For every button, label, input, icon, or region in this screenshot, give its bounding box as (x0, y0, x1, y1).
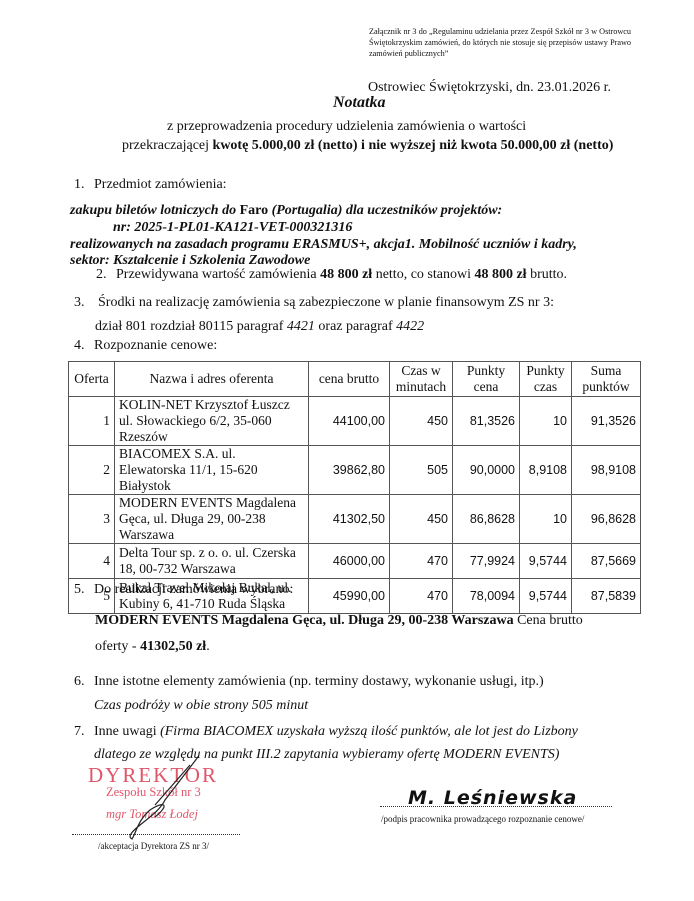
section-5-heading: 5.Do realizacji zamówienia wybrano: (74, 582, 293, 598)
cell-time: 505 (390, 446, 453, 495)
project-number: nr: 2025-1-PL01-KA121-VET-000321316 (113, 220, 352, 236)
section-7-heading: 7.Inne uwagi (Firma BIACOMEX uzyskała wy… (74, 724, 578, 740)
cell-time-points: 8,9108 (520, 446, 572, 495)
value-netto: 48 800 zł (320, 267, 372, 282)
section-label: Środki na realizację zamówienia są zabez… (98, 295, 554, 310)
section-number: 3. (74, 295, 98, 311)
col-header-price: cena brutto (309, 362, 390, 397)
cell-price-points: 81,3526 (453, 397, 520, 446)
cell-name: BIACOMEX S.A. ul. Elewatorska 11/1, 15-6… (115, 446, 309, 495)
director-signature-line (72, 834, 240, 835)
employee-caption: /podpis pracownika prowadzącego rozpozna… (381, 814, 584, 824)
cell-time-points: 10 (520, 397, 572, 446)
cell-price-points: 90,0000 (453, 446, 520, 495)
paragraph-2: 4422 (396, 319, 424, 334)
cell-total: 98,9108 (572, 446, 641, 495)
col-header-name: Nazwa i adres oferenta (115, 362, 309, 397)
cell-time-points: 10 (520, 495, 572, 544)
section-label: Inne uwagi (94, 724, 160, 739)
travel-time-note: Czas podróży w obie strony 505 minut (94, 698, 308, 714)
section-4-heading: 4.Rozpoznanie cenowe: (74, 338, 217, 354)
section-label: Przedmiot zamówienia: (94, 177, 227, 192)
cell-total: 91,3526 (572, 397, 641, 446)
section-number: 5. (74, 582, 94, 598)
section-label: Inne istotne elementy zamówienia (np. te… (94, 674, 544, 689)
text: netto, co stanowi (372, 267, 474, 282)
section-number: 2. (96, 267, 116, 283)
text: Przewidywana wartość zamówienia (116, 267, 320, 282)
offers-table: Oferta Nazwa i adres oferenta cena brutt… (68, 361, 641, 614)
cell-oferta: 4 (69, 544, 115, 579)
offer-label: oferty - (95, 639, 140, 654)
text: oraz paragraf (315, 319, 396, 334)
cell-name: Delta Tour sp. z o. o. ul. Czerska 18, 0… (115, 544, 309, 579)
cell-price: 45990,00 (309, 579, 390, 614)
subject-text: zakupu biletów lotniczych do (70, 203, 240, 218)
table-row: 2 BIACOMEX S.A. ul. Elewatorska 11/1, 15… (69, 446, 641, 495)
price-label: Cena brutto (514, 613, 583, 628)
attachment-note: Załącznik nr 3 do „Regulaminu udzielania… (369, 26, 631, 59)
text: brutto. (527, 267, 567, 282)
destination: Faro (240, 203, 272, 218)
cell-time-points: 9,5744 (520, 579, 572, 614)
section-label: Do realizacji zamówienia wybrano: (94, 582, 293, 597)
cell-price-points: 78,0094 (453, 579, 520, 614)
section-number: 1. (74, 177, 94, 193)
place-date: Ostrowiec Świętokrzyski, dn. 23.01.2026 … (368, 80, 611, 96)
punct: . (206, 639, 210, 654)
cell-name: KOLIN-NET Krzysztof Łuszcz ul. Słowackie… (115, 397, 309, 446)
cell-total: 87,5839 (572, 579, 641, 614)
intro-amounts: kwotę 5.000,00 zł (netto) i nie wyższej … (213, 138, 614, 153)
cell-total: 87,5669 (572, 544, 641, 579)
text: dział 801 rozdział 80115 paragraf (95, 319, 287, 334)
intro-line-2: przekraczającej kwotę 5.000,00 zł (netto… (122, 138, 613, 154)
subject-text-2: (Portugalia) dla uczestników projektów: (272, 203, 503, 218)
winner-price: oferty - 41302,50 zł. (95, 639, 210, 655)
cell-price: 44100,00 (309, 397, 390, 446)
col-header-time: Czas w minutach (390, 362, 453, 397)
table-row: 1 KOLIN-NET Krzysztof Łuszcz ul. Słowack… (69, 397, 641, 446)
section-3-heading: 3.Środki na realizację zamówienia są zab… (74, 295, 554, 311)
table-row: 4 Delta Tour sp. z o. o. ul. Czerska 18,… (69, 544, 641, 579)
intro-line-1: z przeprowadzenia procedury udzielenia z… (167, 119, 526, 135)
winner-line: MODERN EVENTS Magdalena Gęca, ul. Długa … (95, 613, 583, 629)
document-title: Notatka (333, 94, 385, 112)
cell-oferta: 1 (69, 397, 115, 446)
col-header-price-points: Punkty cena (453, 362, 520, 397)
cell-price: 41302,50 (309, 495, 390, 544)
cell-name: MODERN EVENTS Magdalena Gęca, ul. Długa … (115, 495, 309, 544)
intro-prefix: przekraczającej (122, 138, 213, 153)
cell-time: 470 (390, 544, 453, 579)
director-caption: /akceptacja Dyrektora ZS nr 3/ (98, 841, 209, 851)
table-header-row: Oferta Nazwa i adres oferenta cena brutt… (69, 362, 641, 397)
cell-oferta: 3 (69, 495, 115, 544)
cell-price-points: 86,8628 (453, 495, 520, 544)
cell-time: 470 (390, 579, 453, 614)
section-number: 7. (74, 724, 94, 740)
winner-name: MODERN EVENTS Magdalena Gęca, ul. Długa … (95, 613, 514, 628)
cell-price: 46000,00 (309, 544, 390, 579)
section-6-heading: 6.Inne istotne elementy zamówienia (np. … (74, 674, 544, 690)
cell-time: 450 (390, 495, 453, 544)
table-row: 3 MODERN EVENTS Magdalena Gęca, ul. Dług… (69, 495, 641, 544)
cell-oferta: 2 (69, 446, 115, 495)
cell-time-points: 9,5744 (520, 544, 572, 579)
subject-line-1: zakupu biletów lotniczych do Faro (Portu… (70, 203, 502, 219)
budget-detail: dział 801 rozdział 80115 paragraf 4421 o… (95, 319, 424, 335)
cell-price: 39862,80 (309, 446, 390, 495)
director-signature-icon (110, 755, 200, 840)
subject-line-3: realizowanych na zasadach programu ERASM… (70, 237, 577, 253)
cell-price-points: 77,9924 (453, 544, 520, 579)
employee-signature: M. Leśniewska (408, 787, 577, 809)
col-header-total: Suma punktów (572, 362, 641, 397)
section-number: 6. (74, 674, 94, 690)
paragraph-1: 4421 (287, 319, 315, 334)
section-number: 4. (74, 338, 94, 354)
section-2: 2.Przewidywana wartość zamówienia 48 800… (96, 267, 567, 283)
cell-time: 450 (390, 397, 453, 446)
section-label: Rozpoznanie cenowe: (94, 338, 217, 353)
section-1-heading: 1.Przedmiot zamówienia: (74, 177, 227, 193)
value-brutto: 48 800 zł (474, 267, 526, 282)
note-line-1: (Firma BIACOMEX uzyskała wyższą ilość pu… (160, 724, 578, 739)
cell-total: 96,8628 (572, 495, 641, 544)
offer-value: 41302,50 zł (140, 639, 206, 654)
col-header-oferta: Oferta (69, 362, 115, 397)
col-header-time-points: Punkty czas (520, 362, 572, 397)
